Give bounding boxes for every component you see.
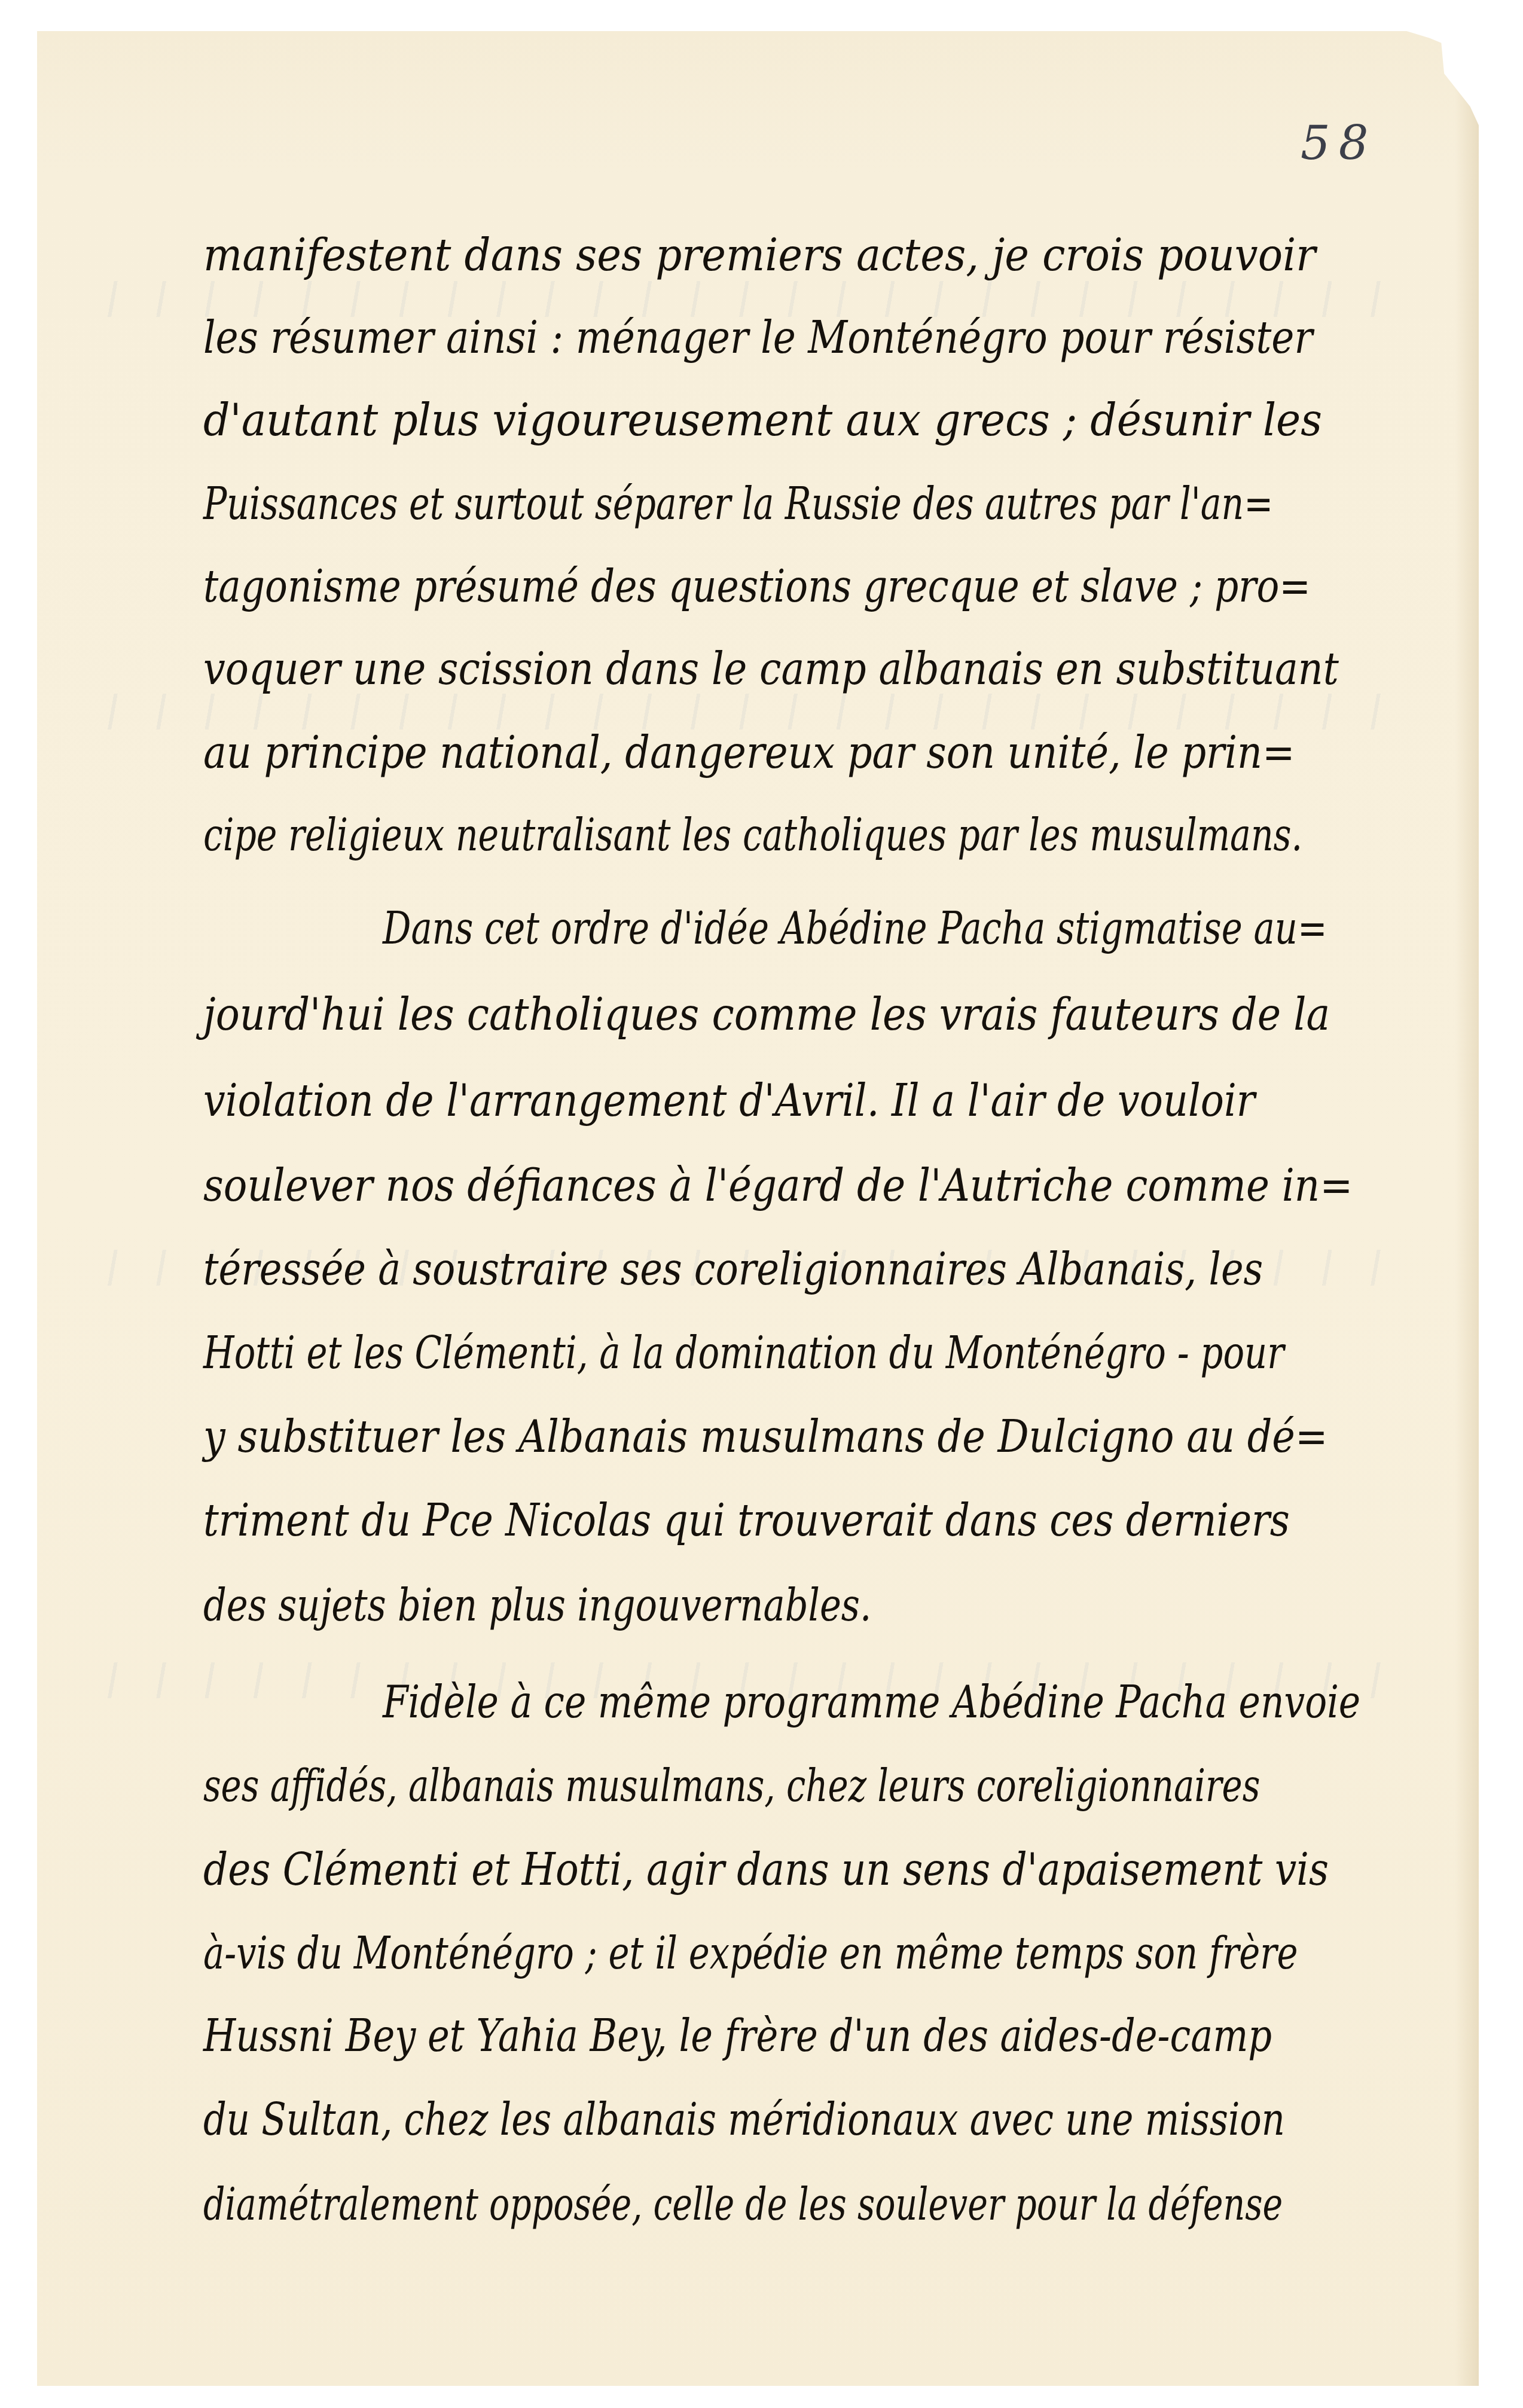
text-line: d'autant plus vigoureusement aux grecs ;… (203, 398, 1322, 442)
text-line: tagonisme présumé des questions grecque … (203, 564, 1311, 609)
text-line: y substituer les Albanais musulmans de D… (203, 1415, 1327, 1459)
paragraph-start-line: Fidèle à ce même programme Abédine Pacha… (383, 1680, 1360, 1725)
ink-bleed-through (90, 281, 1405, 317)
text-line: voquer une scission dans le camp albanai… (203, 647, 1339, 691)
page-number: 58 (1301, 117, 1377, 170)
text-line: soulever nos défiances à l'égard de l'Au… (203, 1164, 1353, 1208)
text-line: des sujets bien plus ingouvernables. (203, 1583, 871, 1628)
text-line: cipe religieux neutralisant les catholiq… (203, 813, 1302, 857)
paragraph-start-line: Dans cet ordre d'idée Abédine Pacha stig… (383, 907, 1327, 951)
text-line: manifestent dans ses premiers actes, je … (203, 233, 1316, 277)
ink-bleed-through (90, 694, 1405, 730)
text-line: Puissances et surtout séparer la Russie … (203, 482, 1273, 526)
text-line: les résumer ainsi : ménager le Monténégr… (203, 316, 1313, 360)
text-line: au principe national, dangereux par son … (203, 731, 1295, 775)
text-line: ses affidés, albanais musulmans, chez le… (203, 1764, 1260, 1808)
text-line: jourd'hui les catholiques comme les vrai… (203, 993, 1330, 1037)
text-line: triment du Pce Nicolas qui trouverait da… (203, 1498, 1290, 1543)
text-line: du Sultan, chez les albanais méridionaux… (203, 2098, 1285, 2142)
text-line: Hussni Bey et Yahia Bey, le frère d'un d… (203, 2014, 1272, 2058)
text-line: violation de l'arrangement d'Avril. Il a… (203, 1079, 1255, 1123)
text-line: téressée à soustraire ses coreligionnair… (203, 1247, 1263, 1292)
text-line: Hotti et les Clémenti, à la domination d… (203, 1331, 1284, 1375)
text-line: diamétralement opposée, celle de les sou… (203, 2183, 1283, 2227)
text-line: des Clémenti et Hotti, agir dans un sens… (203, 1848, 1329, 1892)
text-line: à-vis du Monténégro ; et il expédie en m… (203, 1931, 1298, 1976)
